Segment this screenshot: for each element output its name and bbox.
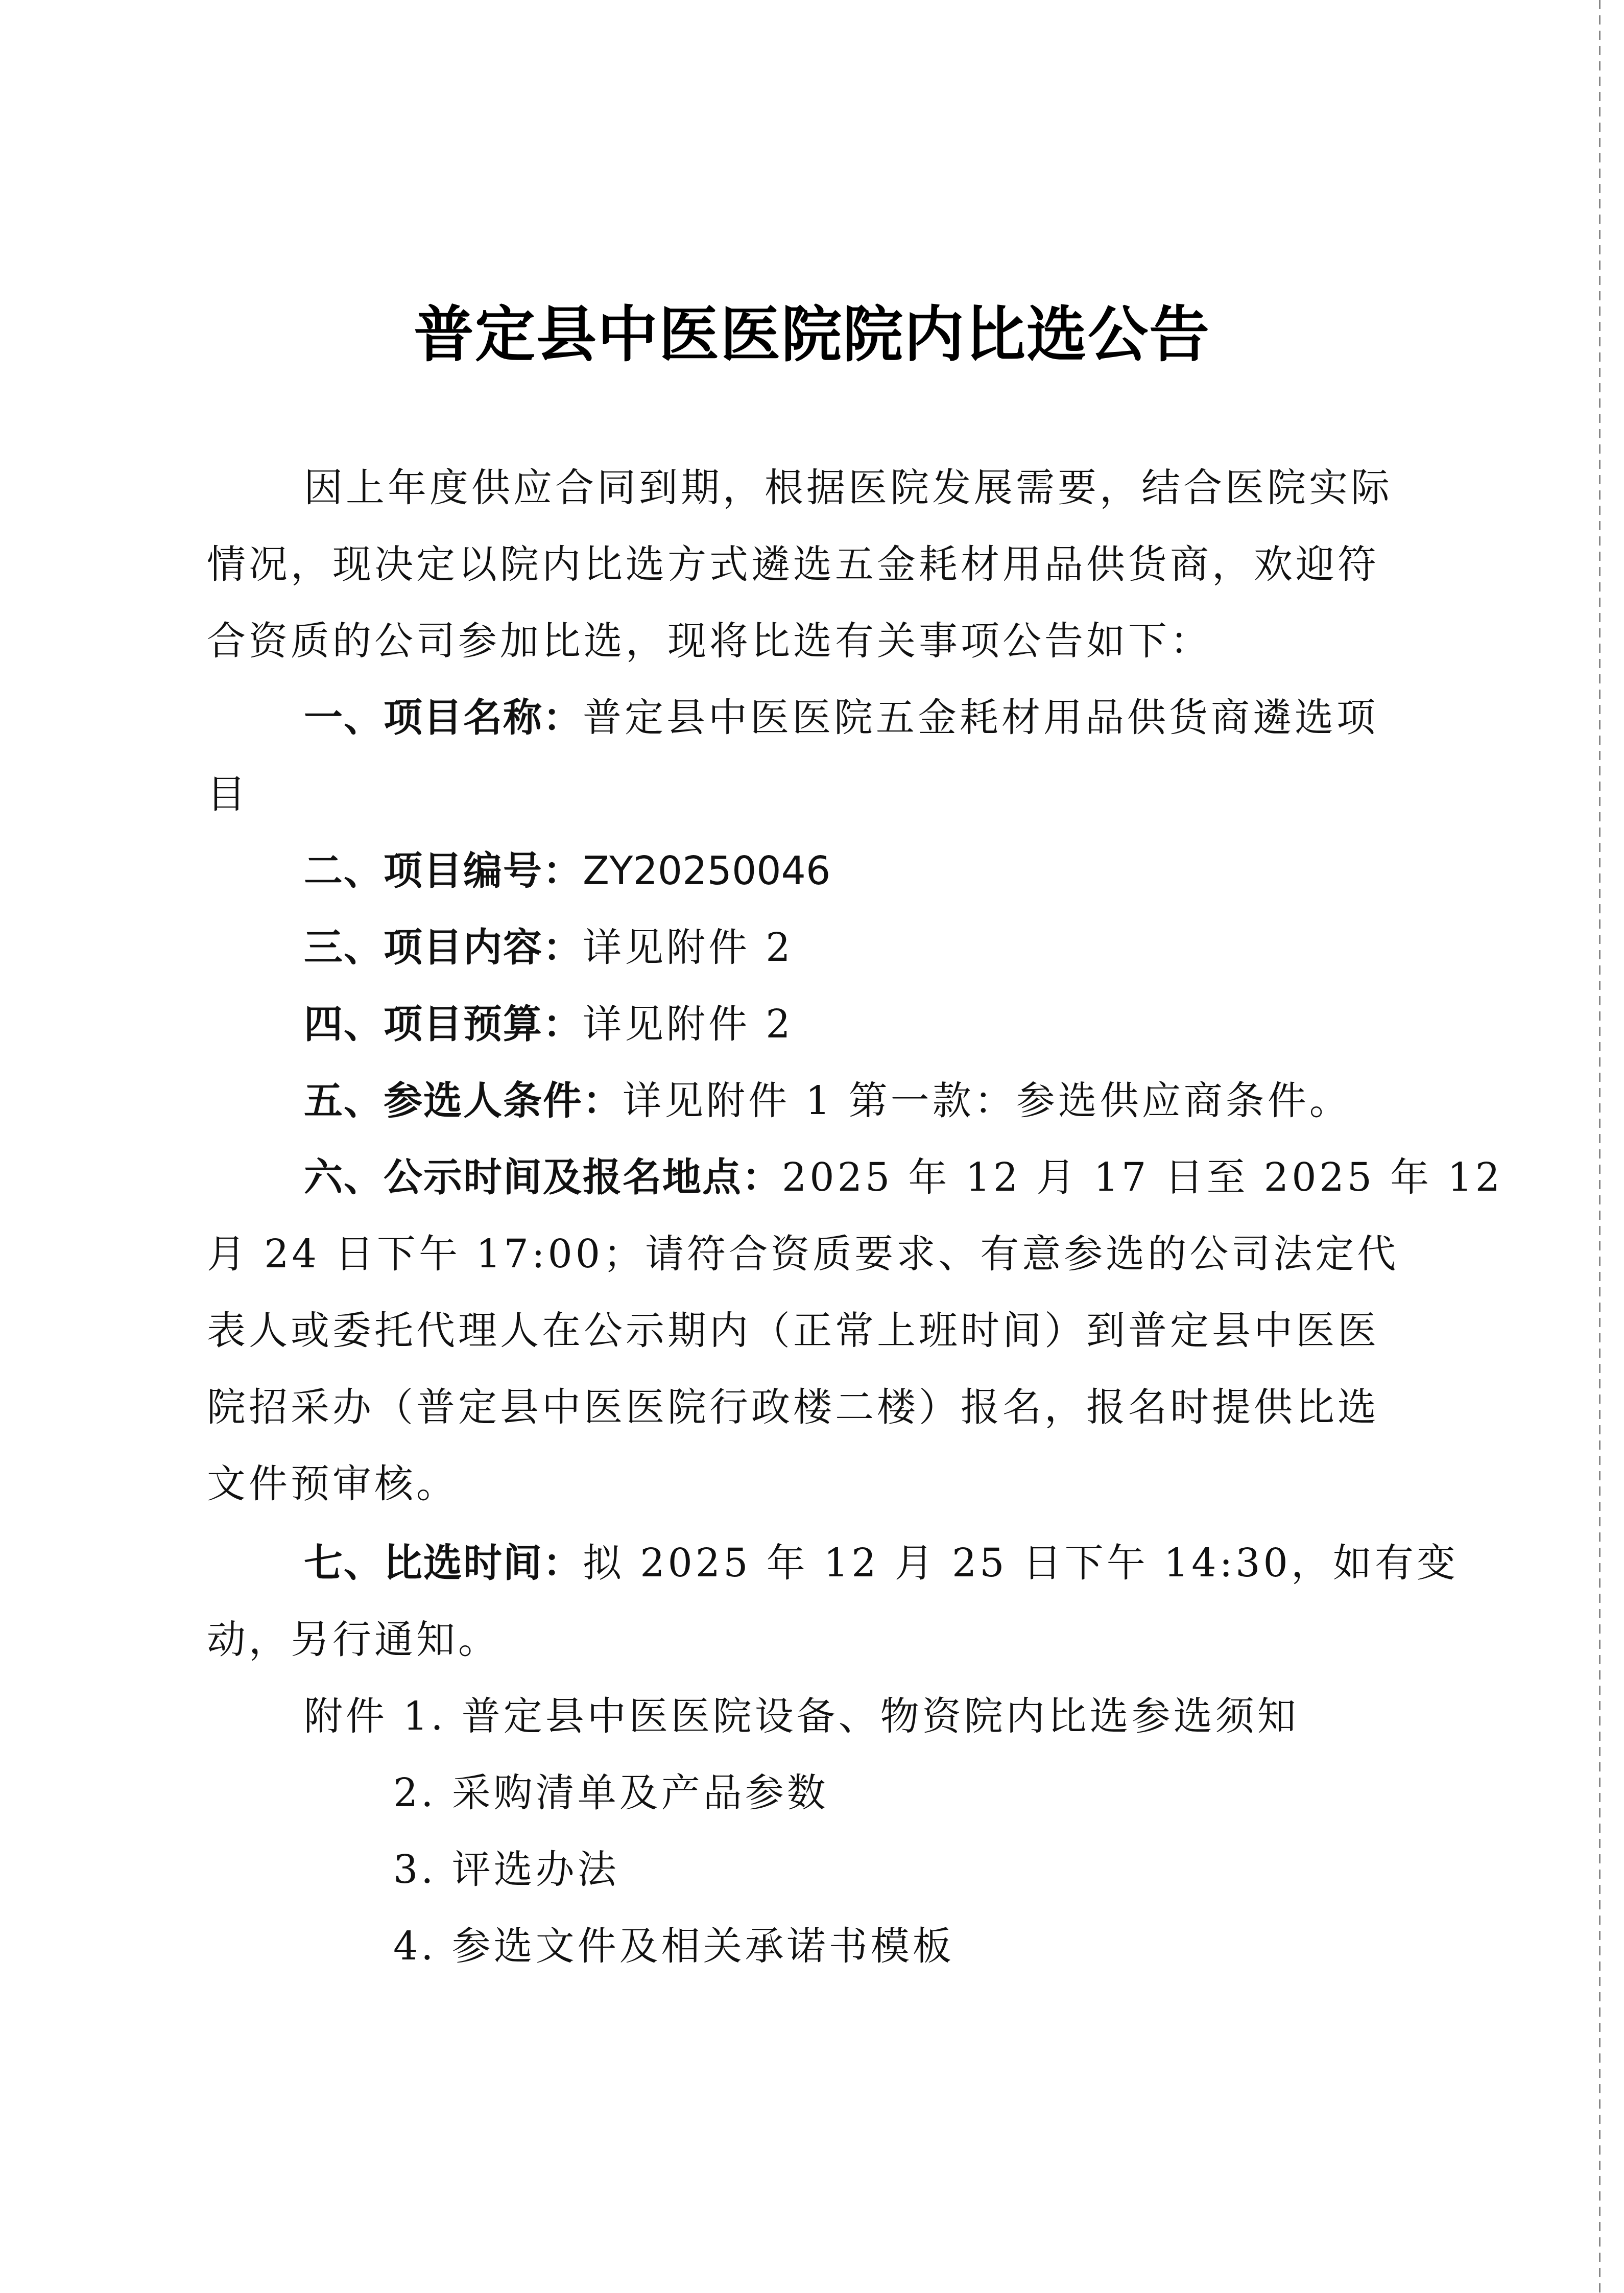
item-7-line-2: 动，另行通知。	[207, 1601, 1438, 1678]
document-title: 普定县中医医院院内比选公告	[0, 286, 1624, 373]
item-publicity-time-location: 六、公示时间及报名地点：2025 年 12 月 17 日至 2025 年 12	[207, 1139, 1535, 1216]
item-value: 详见附件 2	[583, 1001, 794, 1047]
intro-line-2: 情况，现决定以院内比选方式遴选五金耗材用品供货商，欢迎符	[207, 526, 1438, 603]
attachment-item: 1. 普定县中医医院设备、物资院内比选参选须知	[403, 1693, 1299, 1739]
attachment-3: 3. 评选办法	[393, 1831, 619, 1908]
document-page: 普定县中医医院院内比选公告 因上年度供应合同到期，根据医院发展需要，结合医院实际…	[0, 0, 1624, 2293]
item-value: 普定县中医医院五金耗材用品供货商遴选项	[583, 695, 1378, 740]
item-project-name-cont: 目	[207, 756, 1438, 833]
item-selection-time: 七、比选时间：拟 2025 年 12 月 25 日下午 14:30，如有变	[207, 1525, 1535, 1601]
item-project-name: 一、项目名称：普定县中医医院五金耗材用品供货商遴选项	[207, 679, 1535, 756]
attachment-prefix: 附件	[304, 1693, 388, 1739]
item-label: 四、项目预算：	[304, 1001, 583, 1047]
item-6-line-5: 文件预审核。	[207, 1446, 1438, 1522]
item-label: 二、项目编号：	[304, 848, 583, 893]
item-value: 拟 2025 年 12 月 25 日下午 14:30，如有变	[583, 1540, 1459, 1586]
intro-line-1: 因上年度供应合同到期，根据医院发展需要，结合医院实际	[207, 450, 1535, 526]
intro-line-3: 合资质的公司参加比选，现将比选有关事项公告如下：	[207, 603, 1438, 679]
attachment-1: 附件 1. 普定县中医医院设备、物资院内比选参选须知	[304, 1678, 1299, 1755]
item-value: 详见附件 2	[583, 925, 794, 970]
item-label: 五、参选人条件：	[304, 1078, 623, 1123]
item-project-content: 三、项目内容：详见附件 2	[207, 909, 1535, 986]
item-6-line-2: 月 24 日下午 17:00；请符合资质要求、有意参选的公司法定代	[207, 1216, 1438, 1292]
item-label: 六、公示时间及报名地点：	[304, 1154, 782, 1200]
item-participant-conditions: 五、参选人条件：详见附件 1 第一款：参选供应商条件。	[207, 1062, 1535, 1139]
item-6-line-3: 表人或委托代理人在公示期内（正常上班时间）到普定县中医医	[207, 1292, 1438, 1369]
item-label: 三、项目内容：	[304, 925, 583, 970]
item-project-number: 二、项目编号：ZY20250046	[207, 833, 1535, 909]
item-project-budget: 四、项目预算：详见附件 2	[207, 986, 1535, 1062]
item-value: 详见附件 1 第一款：参选供应商条件。	[623, 1078, 1351, 1123]
item-value: ZY20250046	[583, 848, 830, 893]
item-label: 一、项目名称：	[304, 695, 583, 740]
item-label: 七、比选时间：	[304, 1540, 583, 1586]
attachment-4: 4. 参选文件及相关承诺书模板	[393, 1908, 954, 1984]
attachment-2: 2. 采购清单及产品参数	[393, 1755, 829, 1831]
item-6-line-4: 院招采办（普定县中医医院行政楼二楼）报名，报名时提供比选	[207, 1369, 1438, 1446]
item-value: 2025 年 12 月 17 日至 2025 年 12	[782, 1154, 1503, 1200]
